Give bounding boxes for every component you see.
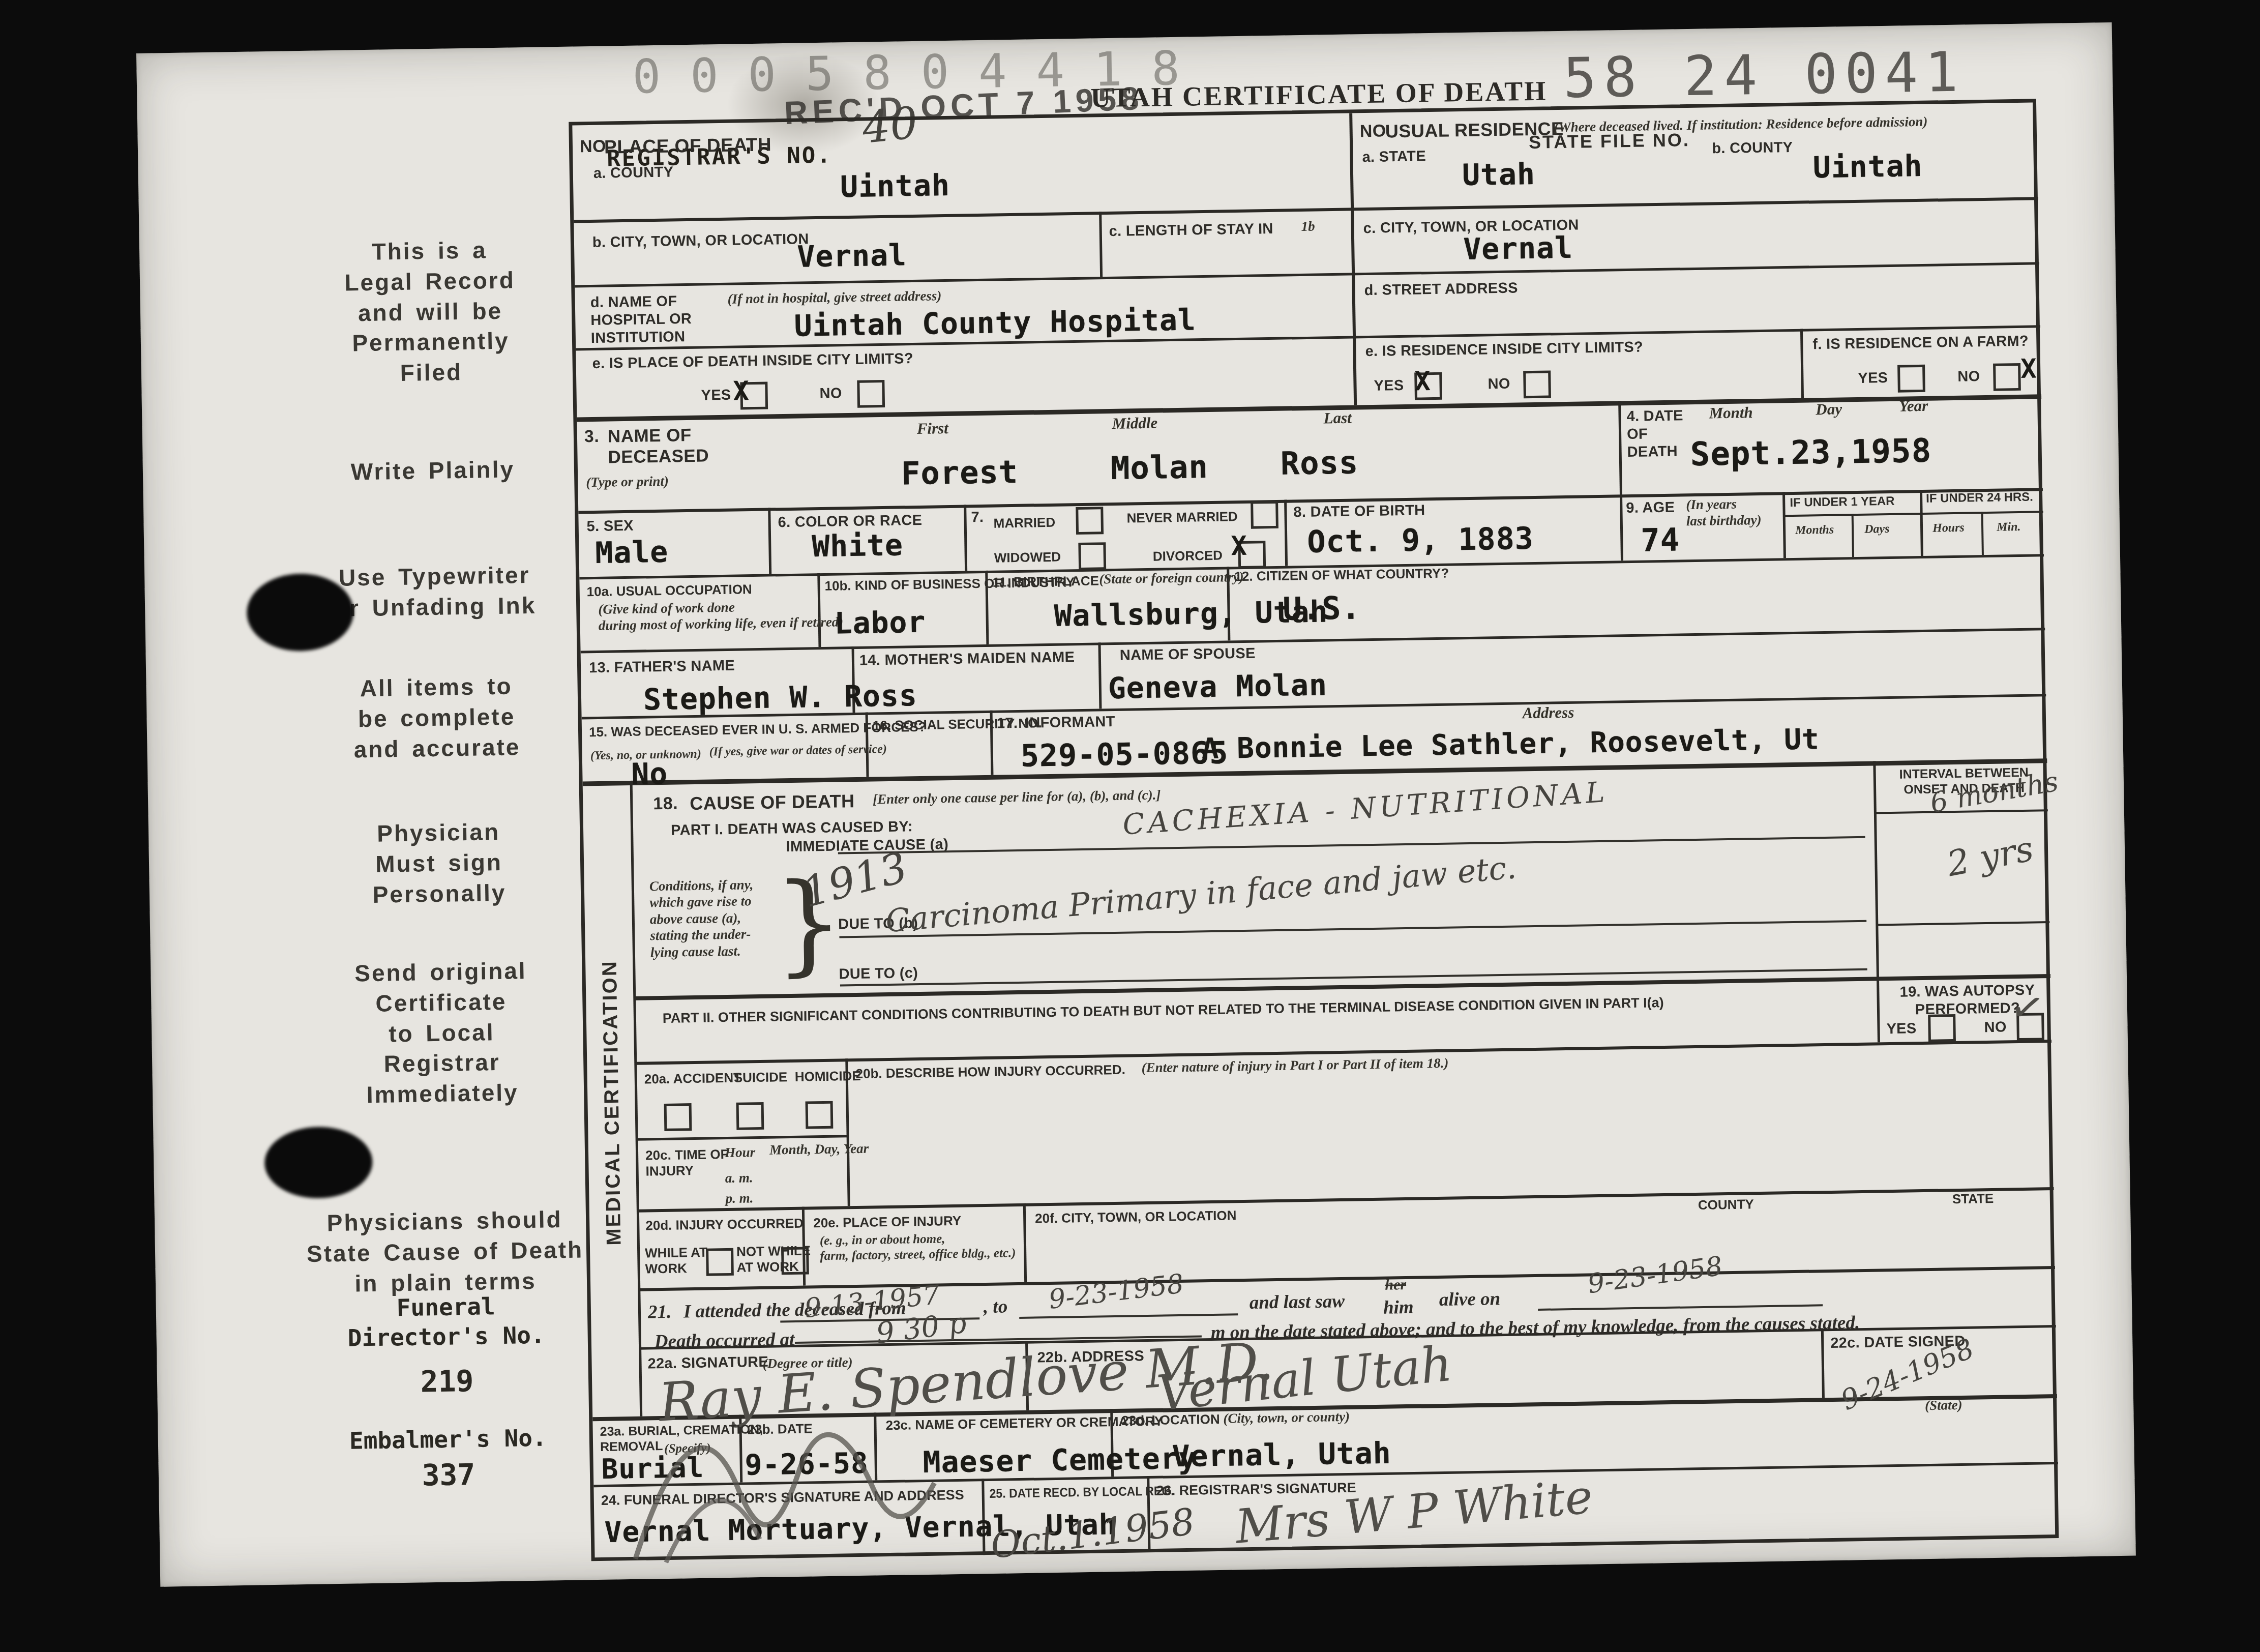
if-under-1-year-label: IF UNDER 1 YEAR — [1790, 494, 1895, 511]
race-value: White — [812, 530, 903, 561]
hours-label: Hours — [1932, 521, 1965, 536]
grid-line — [1821, 1329, 1825, 1398]
sex-value: Male — [595, 537, 669, 568]
not-while-at-work-checkbox — [781, 1247, 809, 1275]
grid-line — [1877, 921, 2049, 926]
spouse-label: NAME OF SPOUSE — [1120, 645, 1256, 665]
box14-label: 14. MOTHER'S MAIDEN NAME — [859, 648, 1075, 669]
box20b-label: 20b. DESCRIBE HOW INJURY OCCURRED. — [855, 1062, 1125, 1082]
box7-married-label: MARRIED — [993, 515, 1055, 532]
box11-note: (State or foreign country) — [1099, 569, 1244, 587]
attended-to-date: 9-23-1958 — [1047, 1271, 1185, 1313]
box8-label: 8. DATE OF BIRTH — [1293, 501, 1425, 521]
box2f-yes-label: YES — [1858, 369, 1888, 388]
suicide-label: SUICIDE — [734, 1069, 788, 1086]
date-of-birth-value: Oct. 9, 1883 — [1307, 523, 1534, 557]
deceased-middle-name: Molan — [1111, 451, 1209, 484]
margin-note-physician-sign: Physician Must sign Personally — [276, 815, 603, 911]
hour-label: Hour — [725, 1144, 756, 1161]
if-under-24-hrs-label: IF UNDER 24 HRS. — [1926, 490, 2033, 507]
box2e-yes-label: YES — [1374, 377, 1404, 395]
box22b-label: 22b. ADDRESS — [1037, 1347, 1144, 1367]
months-label: Months — [1795, 523, 1834, 538]
box20d-label: 20d. INJURY OCCURRED — [645, 1216, 804, 1234]
grid-line — [637, 1135, 848, 1141]
scanned-death-certificate: 0005804418 REC'D OCT 7 1958 REGISTRAR'S … — [0, 0, 2260, 1652]
box10a-label: 10a. USUAL OCCUPATION — [586, 581, 752, 600]
box21-text6: m on the date stated above; and to the b… — [1210, 1311, 1860, 1345]
burial-location-value: Vernal, Utah — [1172, 1438, 1391, 1471]
box4-month-header: Month — [1709, 403, 1753, 423]
box21-text4: alive on — [1439, 1287, 1500, 1312]
box21-him: him — [1383, 1295, 1414, 1320]
cemetery-value: Maeser Cemetery — [923, 1443, 1197, 1477]
box18-title: CAUSE OF DEATH — [690, 790, 855, 815]
grid-line — [1784, 511, 2043, 517]
grid-line — [639, 1266, 2055, 1291]
grid-line — [768, 508, 771, 574]
min-label: Min. — [1997, 520, 2021, 535]
box7-widowed-label: WIDOWED — [994, 549, 1061, 566]
homicide-label: HOMICIDE — [795, 1068, 861, 1085]
box19-no-label: NO — [1984, 1018, 2007, 1036]
box2f-yes-checkbox — [1897, 365, 1925, 393]
margin-note-plain-terms: Physicians should State Cause of Death i… — [272, 1203, 619, 1300]
punch-hole-top — [246, 573, 354, 652]
grid-line — [1800, 329, 1804, 399]
box2c-value: Vernal — [1463, 233, 1573, 264]
days-label: Days — [1864, 522, 1890, 537]
box2-number: NO — [1359, 121, 1386, 141]
box21-blank3 — [1538, 1304, 1823, 1311]
homicide-checkbox — [806, 1101, 834, 1129]
box20b-note: (Enter nature of injury in Part I or Par… — [1141, 1055, 1448, 1076]
box2e-label: e. IS RESIDENCE INSIDE CITY LIMITS? — [1365, 339, 1643, 361]
box1c-label-italic: 1b — [1301, 218, 1315, 235]
grid-line — [1349, 113, 1357, 405]
occupation-value: Labor — [834, 607, 926, 638]
grid-line — [1098, 642, 1102, 709]
box1e-label: e. IS PLACE OF DEATH INSIDE CITY LIMITS? — [592, 350, 913, 373]
box21-her-struck: her — [1385, 1277, 1406, 1293]
box1e-no-label: NO — [819, 385, 842, 402]
box7-divorced-label: DIVORCED — [1153, 548, 1223, 565]
box9-label: 9. AGE — [1626, 499, 1675, 517]
certificate-form: NO PLACE OF DEATH a. COUNTY Uintah b. CI… — [569, 99, 2059, 1561]
box7-never-married-label: NEVER MARRIED — [1126, 509, 1238, 526]
box1d-value: Uintah County Hospital — [794, 305, 1196, 340]
cause-c-line — [840, 968, 1867, 987]
box17-label: INFORMANT — [1025, 713, 1115, 732]
deceased-last-name: Ross — [1280, 447, 1358, 479]
box13-label: 13. FATHER'S NAME — [589, 657, 735, 677]
box3-last-header: Last — [1323, 408, 1352, 428]
certificate-paper: 0005804418 REC'D OCT 7 1958 REGISTRAR'S … — [136, 22, 2136, 1587]
armed-forces-value: No — [631, 759, 668, 789]
social-security-value: 529-05-0865 — [1020, 737, 1228, 771]
conditions-note: Conditions, if any, which gave rise to a… — [649, 876, 755, 960]
box1c-label: c. LENGTH OF STAY IN — [1109, 220, 1273, 241]
box1-title: PLACE OF DEATH — [604, 133, 772, 158]
box17-address-label: Address — [1522, 703, 1574, 723]
box1-number: NO — [580, 136, 607, 157]
box3-number: 3. — [584, 426, 600, 447]
month-day-year-label: Month, Day, Year — [769, 1140, 869, 1158]
box2f-no-label: NO — [1957, 368, 1980, 386]
grid-line — [1099, 212, 1103, 277]
margin-note-legal-record: This is a Legal Record and will be Perma… — [266, 233, 594, 391]
last-saw-alive-date: 9-23-1958 — [1586, 1253, 1724, 1297]
grid-line — [1920, 490, 1923, 556]
grid-line — [581, 628, 2045, 653]
box2e-yes-mark: X — [1414, 368, 1431, 395]
box21-text3: and last saw — [1249, 1289, 1345, 1315]
date-of-death-value: Sept.23,1958 — [1690, 435, 1931, 471]
box19-yes-checkbox — [1928, 1014, 1956, 1042]
box9-note: (In years last birthday) — [1686, 495, 1762, 529]
box1b-value: Vernal — [797, 240, 907, 271]
margin-note-write-plainly: Write Plainly — [270, 453, 596, 489]
part1-label: PART I. DEATH WAS CAUSED BY: — [671, 818, 913, 839]
box12-label: 12. CITIZEN OF WHAT COUNTRY? — [1234, 566, 1449, 585]
box18-bracket-note: [Enter only one cause per line for (a), … — [873, 787, 1161, 808]
while-at-work-label: WHILE AT WORK — [645, 1245, 708, 1277]
cause-a-handwriting: CACHEXIA - NUTRITIONAL — [1122, 778, 1609, 840]
box1a-label: a. COUNTY — [593, 163, 674, 182]
box20e-label: 20e. PLACE OF INJURY — [813, 1213, 961, 1231]
grid-line — [1981, 512, 1984, 555]
box23d-state-note: (State) — [1925, 1397, 1962, 1414]
box3-first-header: First — [916, 419, 948, 438]
box1d-label: d. NAME OF HOSPITAL OR INSTITUTION — [590, 292, 692, 347]
box20e-note: (e. g., in or about home, farm, factory,… — [820, 1230, 1016, 1264]
box1d-note: (If not in hospital, give street address… — [727, 287, 941, 307]
box3-note: (Type or print) — [586, 473, 669, 491]
suicide-checkbox — [736, 1102, 764, 1130]
box2f-no-mark: X — [2020, 356, 2037, 382]
box3-middle-header: Middle — [1112, 414, 1157, 433]
deceased-first-name: Forest — [901, 456, 1019, 490]
box7-number: 7. — [971, 509, 984, 526]
box20a-label: 20a. ACCIDENT — [644, 1070, 742, 1087]
box2f-label: f. IS RESIDENCE ON A FARM? — [1812, 333, 2029, 353]
box2b-label: b. COUNTY — [1712, 139, 1793, 158]
box21-text5: Death occurred at — [655, 1327, 795, 1354]
medical-certification-strip: MEDICAL CERTIFICATION — [583, 784, 641, 1421]
pm-label: p. m. — [725, 1190, 753, 1206]
box2e-no-label: NO — [1488, 375, 1510, 393]
margin-note-complete-accurate: All items to be complete and accurate — [273, 670, 600, 766]
box18-number: 18. — [653, 793, 678, 814]
box1e-no-checkbox — [857, 380, 885, 408]
grid-line — [1852, 514, 1854, 557]
state-file-no-value: 58 24 0041 — [1563, 45, 1966, 106]
box4-day-header: Day — [1816, 399, 1842, 419]
cause-a-line — [838, 836, 1865, 854]
box23d-note: (City, town, or county) — [1223, 1408, 1350, 1427]
state-label: STATE — [1952, 1191, 1994, 1207]
box7-widowed-checkbox — [1078, 542, 1106, 570]
due-to-c-label: DUE TO (c) — [839, 964, 918, 983]
accident-checkbox — [664, 1103, 692, 1131]
box4-year-header: Year — [1899, 396, 1928, 416]
grid-line — [575, 262, 2039, 287]
box2-title-note: (Where deceased lived. If institution: R… — [1554, 113, 1927, 136]
embalmers-no-label: Embalmer's No. — [285, 1423, 611, 1457]
box2f-no-checkbox — [1993, 363, 2021, 391]
box21-text2: , to — [984, 1294, 1008, 1319]
citizen-value: U.S. — [1283, 592, 1361, 625]
while-at-work-checkbox — [706, 1248, 734, 1276]
county-label: COUNTY — [1698, 1196, 1754, 1213]
box1e-yes-label: YES — [701, 387, 731, 405]
funeral-director-signature-scrawl — [603, 1411, 950, 1565]
box2-title: USUAL RESIDENCE — [1385, 118, 1564, 142]
box17-number: 17. — [997, 715, 1018, 732]
margin-note-send-original: Send original Certificate to Local Regis… — [278, 955, 606, 1112]
box2a-label: a. STATE — [1362, 147, 1426, 166]
box1b-label: b. CITY, TOWN, OR LOCATION — [592, 230, 809, 251]
box1a-value: Uintah — [840, 170, 950, 201]
box10a-note: (Give kind of work done during most of w… — [598, 597, 843, 634]
box7-divorced-mark: X — [1231, 533, 1247, 559]
grid-line — [1873, 761, 1880, 1042]
box2e-no-checkbox — [1523, 370, 1551, 398]
box23d-label: 23d. LOCATION — [1121, 1411, 1220, 1429]
embalmers-no-value: 337 — [285, 1454, 611, 1496]
box5-label: 5. SEX — [586, 517, 634, 536]
cause-b-handwriting: Carcinoma Primary in face and jaw etc. — [884, 851, 1518, 937]
father-name-value: Stephen W. Ross — [643, 681, 918, 714]
informant-value: A Bonnie Lee Sathler, Roosevelt, Ut — [1201, 725, 1820, 763]
age-value: 74 — [1641, 524, 1680, 556]
grid-line — [1782, 492, 1786, 558]
am-label: a. m. — [725, 1169, 753, 1186]
grid-line — [1023, 1203, 1027, 1282]
box7-married-checkbox — [1076, 507, 1104, 535]
box20f-label: 20f. CITY, TOWN, OR LOCATION — [1035, 1207, 1237, 1226]
mother-maiden-name-value: Geneva Molan — [1108, 670, 1327, 703]
funeral-directors-no-label: Funeral Director's No. — [283, 1290, 609, 1354]
box15-note2: (If yes, give war or dates of service) — [709, 742, 887, 759]
box3-title: NAME OF DECEASED — [608, 424, 709, 468]
funeral-directors-no-value: 219 — [284, 1361, 610, 1403]
box21-number: 21. — [648, 1300, 672, 1325]
box2a-value: Utah — [1462, 159, 1536, 190]
form-title: UTAH CERTIFICATE OF DEATH — [1090, 77, 1547, 111]
box7-never-married-checkbox — [1251, 501, 1278, 529]
box11-label: 11. BIRTHPLACE — [992, 573, 1099, 590]
box20c-label: 20c. TIME OF INJURY — [645, 1146, 729, 1179]
box19-yes-label: YES — [1886, 1020, 1916, 1038]
box25-label: 25. DATE RECD. BY LOCAL REG. — [989, 1483, 1174, 1501]
grid-line — [1618, 401, 1623, 560]
part2-label: PART II. OTHER SIGNIFICANT CONDITIONS CO… — [663, 994, 1664, 1026]
box1e-yes-mark: X — [733, 378, 749, 404]
grid-line — [964, 505, 967, 571]
interval-b-handwriting: 2 yrs — [1944, 832, 2036, 882]
box2d-label: d. STREET ADDRESS — [1364, 279, 1518, 300]
grid-line — [1284, 500, 1288, 566]
punch-hole-bottom — [264, 1126, 373, 1199]
box2b-value: Uintah — [1812, 151, 1922, 182]
box4-label: 4. DATE OF DEATH — [1626, 407, 1684, 461]
